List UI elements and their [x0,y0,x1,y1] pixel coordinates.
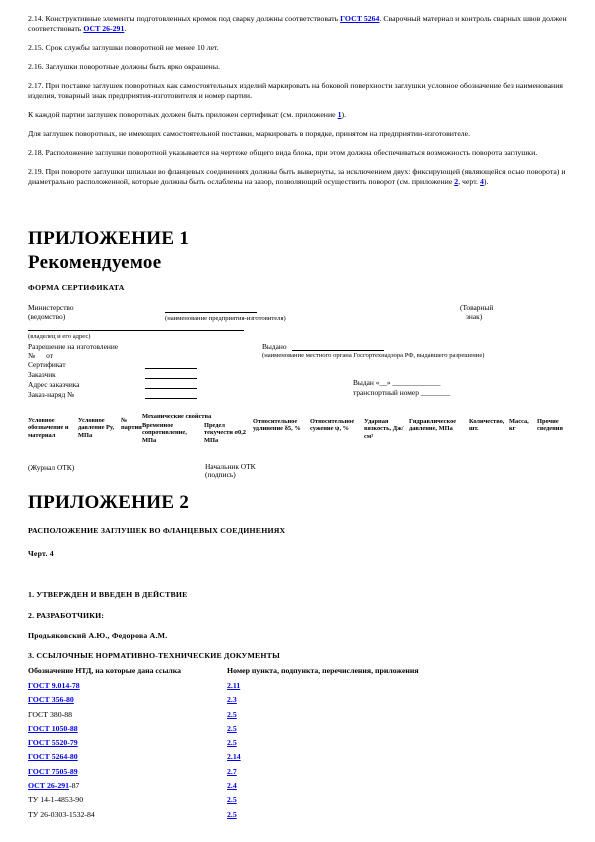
text-run: 2.14. Конструктивные элементы подготовле… [28,14,340,23]
paragraph-2-15: 2.15. Срок службы заглушки поворотной не… [28,43,568,53]
paragraph-2-18: 2.18. Расположение заглушки поворотной у… [28,148,568,158]
order-label: Заказ-наряд № [28,391,74,400]
cert-col-mech-group: Механические свойства [142,413,254,420]
reference-row: ОСТ 26-291-87 2.4 [28,781,568,795]
otk-signature-label: (подпись) [205,471,236,480]
cert-col-pressure: Условное давление Ру, МПа [78,417,120,439]
manufacturer-caption: (наименование предприятия-изготовителя) [165,315,286,322]
reference-row: ГОСТ 1050-88 2.5 [28,724,568,738]
cert-col-elongation: Относительное удлинение δ5, % [253,418,307,433]
inline-link[interactable]: ГОСТ 5264 [340,14,379,23]
blank-line-certificate[interactable] [145,368,197,369]
ref-clause-link[interactable]: 2.5 [227,710,237,719]
ref-doc-link[interactable]: ГОСТ 356-80 [28,695,74,704]
otk-journal-label: (Журнал ОТК) [28,464,74,473]
references-col2-header: Номер пункта, подпункта, перечисления, п… [227,666,568,681]
reference-row: ГОСТ 5520-79 2.5 [28,738,568,752]
ref-doc-link[interactable]: ГОСТ 9.014-78 [28,681,80,690]
cert-col-quantity: Количество, шт. [469,418,507,433]
cert-col-contraction: Относительное сужение ψ, % [310,418,362,433]
issued-by-caption: (наименование местного органа Госгортехн… [262,352,582,359]
appendix2-title: ПРИЛОЖЕНИЕ 2 [28,491,189,514]
blank-line-manufacturer[interactable] [165,312,257,313]
ministry-label2: (ведомство) [28,313,65,322]
certificate-form-heading: ФОРМА СЕРТИФИКАТА [28,283,125,292]
ref-clause-link[interactable]: 2.4 [227,781,237,790]
paragraph-2-19: 2.19. При повороте заглушки шпильки во ф… [28,167,568,187]
appendix2-section-heading: РАСПОЛОЖЕНИЕ ЗАГЛУШЕК ВО ФЛАНЦЕВЫХ СОЕДИ… [28,526,285,535]
cert-col-other: Прочие сведения [537,418,575,433]
ref-clause-link[interactable]: 2.5 [227,795,237,804]
cert-col-hydraulic: Гидравлическое давление, МПа [409,418,465,433]
text-run: ). [484,177,489,186]
ref-doc-link[interactable]: ГОСТ 7505-89 [28,767,78,776]
paragraph-2-16: 2.16. Заглушки поворотные должны быть яр… [28,62,568,72]
figure-label: Черт. 4 [28,549,54,558]
reference-row: ТУ 26-0303-1532-84 2.5 [28,810,568,824]
text-run: Для заглушек поворотных, не имеющих само… [28,129,470,138]
transport-number-label: транспортный номер ________ [353,389,450,398]
reference-row: ГОСТ 356-80 2.3 [28,695,568,709]
inline-link[interactable]: ОСТ 26-291 [83,24,124,33]
ref-clause-link[interactable]: 2.11 [227,681,240,690]
blank-line-customer[interactable] [145,378,197,379]
ref-doc-text: ТУ 26-0303-1532-84 [28,810,95,819]
ref-clause-link[interactable]: 2.5 [227,724,237,733]
ref-doc-text: ТУ 14-1-4853-90 [28,795,83,804]
paragraph-2-14: 2.14. Конструктивные элементы подготовле… [28,14,568,34]
ref-doc-text: ГОСТ 380-88 [28,710,72,719]
paragraph-2-17: 2.17. При поставке заглушек поворотных к… [28,81,568,101]
text-run: . [124,24,126,33]
text-run: 2.15. Срок службы заглушки поворотной не… [28,43,219,52]
reference-row: ГОСТ 9.014-78 2.11 [28,681,568,695]
text-run: , черт. [458,177,480,186]
cert-col-tensile: Временное сопротивление, МПа [142,422,200,444]
cert-col-yield: Предел текучести σ0,2 МПа [204,422,250,444]
body-paragraphs: 2.14. Конструктивные элементы подготовле… [28,14,568,196]
blank-line-owner[interactable] [28,330,244,331]
section-developers: 2. РАЗРАБОТЧИКИ: [28,611,104,620]
cert-col-batch: № партии [121,417,141,432]
cert-col-mass: Масса, кг [509,418,535,433]
ref-clause-link[interactable]: 2.5 [227,738,237,747]
cert-col-designation: Условное обозначение и материал [28,417,76,439]
references-table: Обозначение НТД, на которые дана ссылка … [28,666,568,824]
blank-line-issued-by[interactable] [292,350,384,351]
reference-row: ГОСТ 7505-89 2.7 [28,767,568,781]
text-run: К каждой партии заглушек поворотных долж… [28,110,338,119]
section-references: 3. ССЫЛОЧНЫЕ НОРМАТИВНО-ТЕХНИЧЕСКИЕ ДОКУ… [28,651,280,660]
ref-doc-link[interactable]: ГОСТ 5520-79 [28,738,78,747]
owner-caption: (владелец и его адрес) [28,333,91,340]
ref-clause-link[interactable]: 2.7 [227,767,237,776]
blank-line-order[interactable] [145,398,197,399]
reference-row: ГОСТ 5264-80 2.14 [28,752,568,766]
text-run: 2.16. Заглушки поворотные должны быть яр… [28,62,220,71]
ref-doc-link[interactable]: ОСТ 26-291 [28,781,69,790]
appendix1-subtitle: Рекомендуемое [28,251,161,274]
text-run: 2.18. Расположение заглушки поворотной у… [28,148,537,157]
trademark-label2: знак) [466,313,482,322]
ref-doc-link[interactable]: ГОСТ 5264-80 [28,752,78,761]
paragraph-marking-note: Для заглушек поворотных, не имеющих само… [28,129,568,139]
ref-clause-link[interactable]: 2.5 [227,810,237,819]
blank-line-address[interactable] [145,388,197,389]
customer-label: Заказчик [28,371,56,380]
ref-clause-link[interactable]: 2.14 [227,752,241,761]
text-run: 2.17. При поставке заглушек поворотных к… [28,81,563,100]
paragraph-certificate-note: К каждой партии заглушек поворотных долж… [28,110,568,120]
issued-date-label: Выдан «__» _____________ [353,379,440,388]
document-page: { "colors": { "link": "#0000ee", "text":… [0,0,595,842]
text-run: ). [341,110,346,119]
cert-col-impact: Ударная вязкость, Дж/см² [364,418,408,440]
references-header-row: Обозначение НТД, на которые дана ссылка … [28,666,568,681]
certificate-table-header: Механические свойства Условное обозначен… [0,413,595,459]
reference-row: ТУ 14-1-4853-90 2.5 [28,795,568,809]
customer-address-label: Адрес заказчика [28,381,80,390]
certificate-label: Сертификат [28,361,66,370]
reference-row: ГОСТ 380-88 2.5 [28,710,568,724]
developers-names: Продьяковский А.Ю., Федорова А.М. [28,631,167,640]
ref-clause-link[interactable]: 2.3 [227,695,237,704]
ref-doc-text: -87 [69,781,79,790]
section-approved: 1. УТВЕРЖДЕН И ВВЕДЕН В ДЕЙСТВИЕ [28,590,188,599]
appendix1-title: ПРИЛОЖЕНИЕ 1 [28,227,189,250]
ref-doc-link[interactable]: ГОСТ 1050-88 [28,724,78,733]
issued-by-label: Выдано [262,343,287,352]
references-col1-header: Обозначение НТД, на которые дана ссылка [28,666,227,681]
